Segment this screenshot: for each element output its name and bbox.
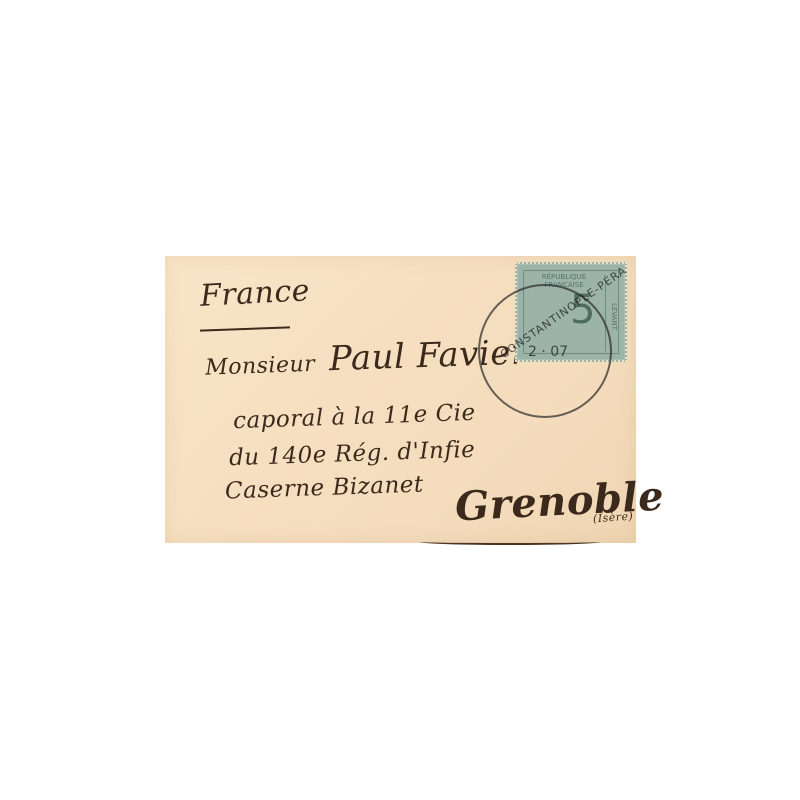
address-department: (Isère) xyxy=(593,510,634,526)
postmark-date: 2 · 07 xyxy=(528,344,568,360)
postmark-cancel: CONSTANTINOPLE-PÉRA 2 · 07 xyxy=(478,284,612,418)
envelope: France MonsieurPaul Favier caporal à la … xyxy=(165,256,636,543)
city-underline xyxy=(420,539,600,545)
addressee-title: Monsieur xyxy=(205,352,316,381)
address-line-regiment: du 140e Rég. d'Infie xyxy=(229,437,476,472)
destination-country: France xyxy=(199,273,311,314)
address-line-rank: caporal à la 11e Cie xyxy=(233,400,476,434)
address-line-barracks: Caserne Bizanet xyxy=(225,472,425,505)
country-underline xyxy=(200,326,290,331)
